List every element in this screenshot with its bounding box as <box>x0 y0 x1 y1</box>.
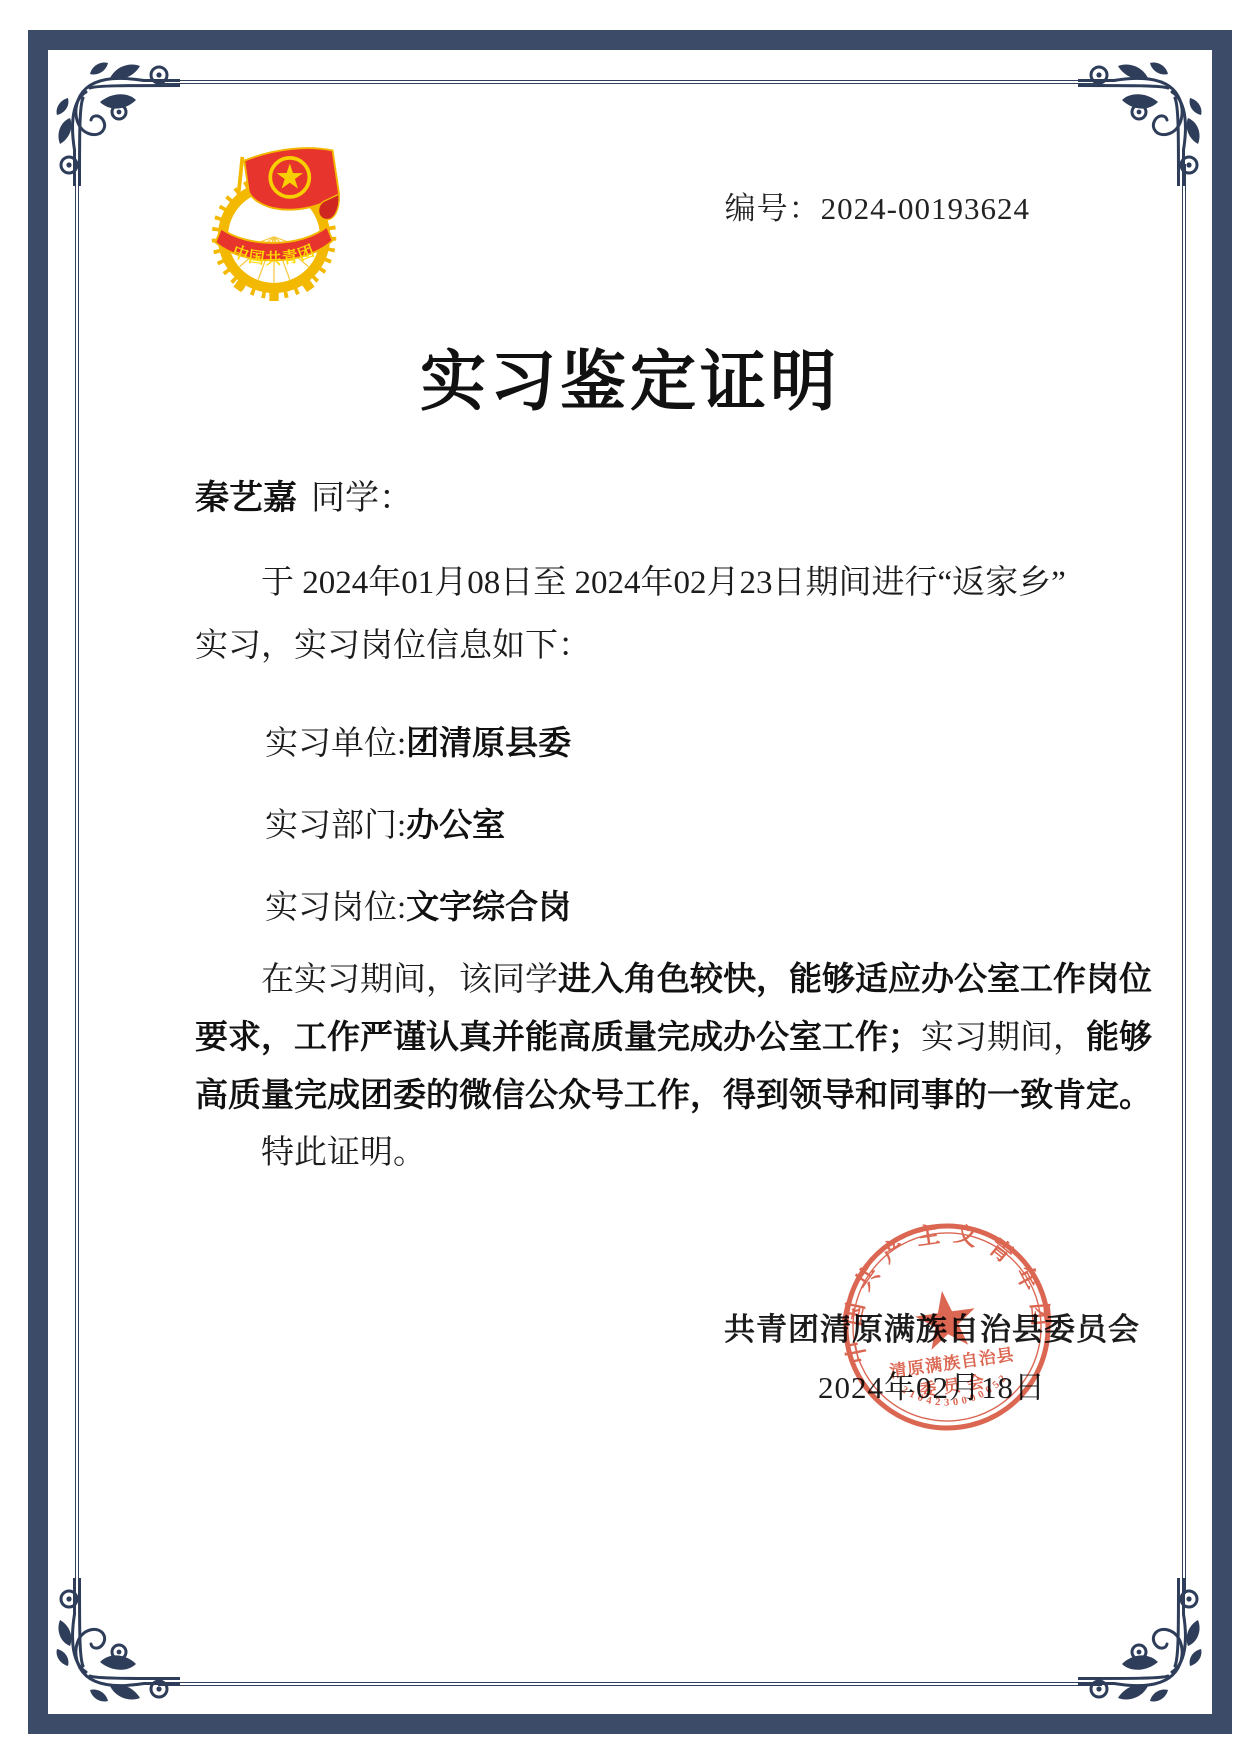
evaluation-line: 高质量完成团委的微信公众号工作，得到领导和同事的一致肯定。 <box>195 1066 1170 1124</box>
corner-flourish-ornament <box>56 1578 180 1702</box>
corner-flourish-ornament <box>1078 1578 1202 1702</box>
evaluation-paragraph: 在实习期间，该同学进入角色较快，能够适应办公室工作岗位 要求，工作严谨认真并能高… <box>195 950 1170 1182</box>
intro-line: 实习，实习岗位信息如下： <box>195 615 1160 678</box>
field-department: 实习部门:办公室 <box>265 784 571 866</box>
corner-flourish-ornament <box>1078 62 1202 186</box>
official-seal: 中国共产主义青年团 清原满族自治县 委员会 2104230000052 <box>838 1218 1056 1436</box>
field-post: 实习岗位:文字综合岗 <box>265 866 571 948</box>
certificate-page: 中国共青团 编号：2024-00193624 实习鉴定证明 秦艺嘉同学： 于 2… <box>0 0 1260 1764</box>
evaluation-line: 在实习期间，该同学进入角色较快，能够适应办公室工作岗位 <box>195 950 1170 1008</box>
evaluation-line: 要求，工作严谨认真并能高质量完成办公室工作；实习期间，能够 <box>195 1008 1170 1066</box>
seal-arc-text: 中国共产主义青年团 <box>838 1218 1056 1366</box>
cyl-emblem-icon: 中国共青团 <box>195 138 353 306</box>
student-name: 秦艺嘉 <box>195 479 297 517</box>
internship-fields: 实习单位:团清原县委 实习部门:办公室 实习岗位:文字综合岗 <box>265 702 571 948</box>
svg-text:中国共产主义青年团: 中国共产主义青年团 <box>838 1218 1056 1366</box>
addressee-line: 秦艺嘉同学： <box>195 470 413 519</box>
seal-star-icon <box>912 1287 979 1352</box>
inner-double-border <box>75 80 1186 1686</box>
intro-line: 于 2024年01月08日至 2024年02月23日期间进行“返家乡” <box>195 552 1160 615</box>
certificate-title: 实习鉴定证明 <box>0 328 1260 423</box>
field-unit: 实习单位:团清原县委 <box>265 702 571 784</box>
seal-county-text: 清原满族自治县 <box>888 1344 1016 1381</box>
intro-paragraph: 于 2024年01月08日至 2024年02月23日期间进行“返家乡” 实习，实… <box>195 552 1160 678</box>
closing-statement: 特此证明。 <box>195 1124 1170 1182</box>
serial-number: 编号：2024-00193624 <box>725 183 1030 228</box>
addressee-suffix: 同学： <box>311 480 413 517</box>
corner-flourish-ornament <box>56 62 180 186</box>
